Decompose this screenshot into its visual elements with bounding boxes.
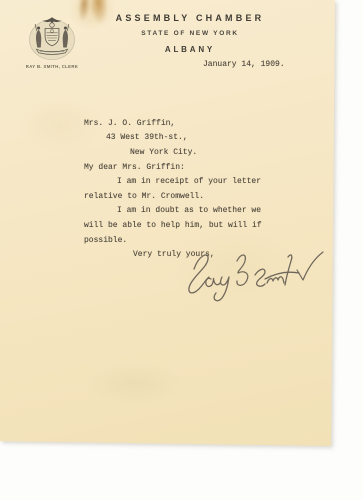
recipient-address-2: New York City. xyxy=(130,148,197,157)
ny-coat-of-arms-icon xyxy=(26,13,78,63)
letter-date: January 14, 1909. xyxy=(203,60,285,69)
letterhead-line-1: ASSEMBLY CHAMBER xyxy=(100,13,280,23)
recipient-name: Mrs. J. O. Griffin, xyxy=(84,119,175,128)
letter-paper-shadow: RAY B. SMITH, CLERK ASSEMBLY CHAMBER STA… xyxy=(0,0,336,446)
body-line: I am in receipt of your letter xyxy=(117,177,261,186)
letterhead-line-3: ALBANY xyxy=(100,45,280,54)
letter-paper: RAY B. SMITH, CLERK ASSEMBLY CHAMBER STA… xyxy=(0,0,336,446)
body-line: possible. xyxy=(84,236,127,245)
body-line: I am in doubt as to whether we xyxy=(117,206,261,215)
body-line: relative to Mr. Cromwell. xyxy=(84,192,204,201)
signature-script xyxy=(180,247,328,307)
salutation: My dear Mrs. Griffin: xyxy=(84,163,185,172)
body-line: will be able to help him, but will if xyxy=(84,221,262,230)
letterhead-line-2: STATE OF NEW YORK xyxy=(100,30,280,37)
clerk-name-caption: RAY B. SMITH, CLERK xyxy=(14,64,90,69)
scanned-letter-page: RAY B. SMITH, CLERK ASSEMBLY CHAMBER STA… xyxy=(0,0,363,500)
age-stain xyxy=(76,0,91,23)
recipient-address-1: 43 West 39th-st., xyxy=(106,133,188,142)
